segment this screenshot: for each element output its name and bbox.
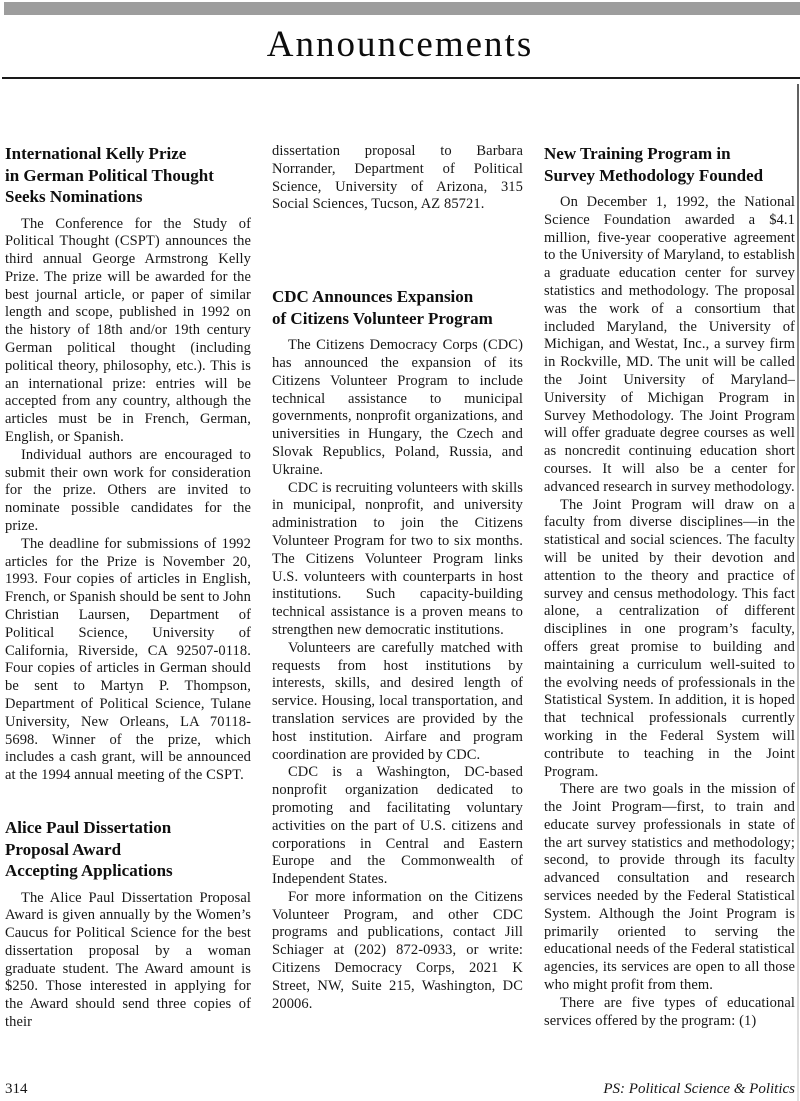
- continued-paragraph: dissertation proposal to Barbara Norrand…: [272, 143, 523, 214]
- page-number: 314: [5, 1081, 28, 1098]
- column-right: New Training Program in Survey Methodolo…: [544, 143, 795, 1075]
- announcement-paragraph: There are two goals in the mission of th…: [544, 781, 795, 995]
- title-rule: [2, 77, 800, 79]
- page-footer: 314 PS: Political Science & Politics: [5, 1081, 795, 1098]
- announcement-heading: CDC Announces Expansion of Citizens Volu…: [272, 286, 523, 329]
- journal-name: PS: Political Science & Politics: [603, 1081, 795, 1098]
- announcements-columns: International Kelly Prize in German Poli…: [5, 143, 795, 1075]
- page-title: Announcements: [0, 24, 800, 66]
- column-middle: dissertation proposal to Barbara Norrand…: [272, 143, 523, 1075]
- announcement-alice-paul: Alice Paul Dissertation Proposal Award A…: [5, 817, 251, 1032]
- announcement-survey-program: New Training Program in Survey Methodolo…: [544, 143, 795, 1030]
- announcement-paragraph: For more information on the Citizens Vol…: [272, 889, 523, 1014]
- announcement-paragraph: CDC is recruiting volunteers with skills…: [272, 480, 523, 640]
- announcement-paragraph: Individual authors are encouraged to sub…: [5, 447, 251, 536]
- announcement-paragraph: The Joint Program will draw on a faculty…: [544, 497, 795, 782]
- announcement-paragraph: The Alice Paul Dissertation Proposal Awa…: [5, 890, 251, 1032]
- top-scan-bar: [4, 2, 800, 15]
- column-left: International Kelly Prize in German Poli…: [5, 143, 251, 1075]
- announcement-paragraph: The deadline for submissions of 1992 art…: [5, 536, 251, 785]
- announcement-heading: New Training Program in Survey Methodolo…: [544, 143, 795, 186]
- announcement-paragraph: The Conference for the Study of Politica…: [5, 216, 251, 447]
- announcement-heading: International Kelly Prize in German Poli…: [5, 143, 251, 208]
- announcement-paragraph: There are five types of educational serv…: [544, 995, 795, 1031]
- announcement-paragraph: CDC is a Washington, DC-based nonprofit …: [272, 764, 523, 889]
- announcement-paragraph: Volunteers are carefully matched with re…: [272, 640, 523, 765]
- right-edge-scan-line: [797, 84, 799, 1101]
- announcement-cdc: CDC Announces Expansion of Citizens Volu…: [272, 286, 523, 1013]
- announcement-heading: Alice Paul Dissertation Proposal Award A…: [5, 817, 251, 882]
- announcement-paragraph: On December 1, 1992, the National Scienc…: [544, 194, 795, 497]
- announcement-paragraph: The Citizens Democracy Corps (CDC) has a…: [272, 337, 523, 479]
- announcement-kelly-prize: International Kelly Prize in German Poli…: [5, 143, 251, 785]
